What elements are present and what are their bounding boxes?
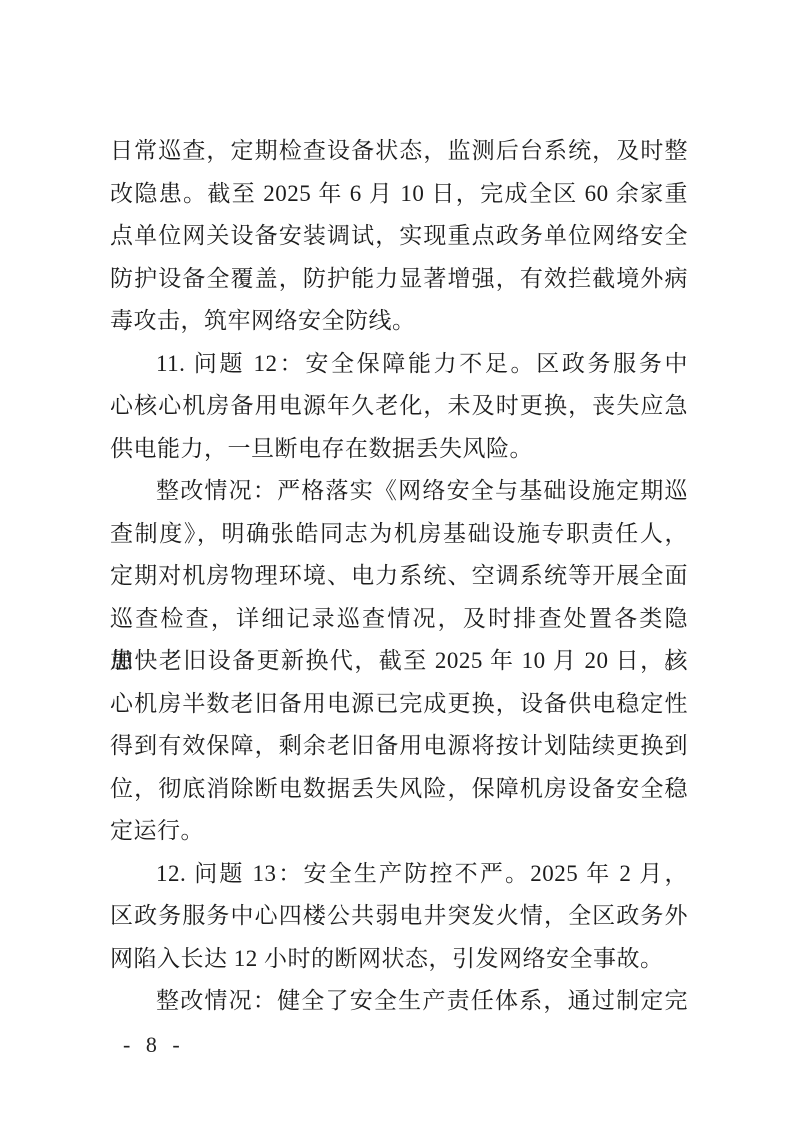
paragraph-problem-13: 12. 问题 13：安全生产防控不严。2025 年 2 月， 区政务服务中心四楼…: [110, 853, 688, 981]
paragraph-problem-12: 11. 问题 12：安全保障能力不足。区政务服务中 心核心机房备用电源年久老化，…: [110, 343, 688, 471]
text-line: 11. 问题 12：安全保障能力不足。区政务服务中: [110, 343, 688, 386]
text-line: 心机房半数老旧备用电源已完成更换，设备供电稳定性: [110, 683, 688, 726]
text-line: 毒攻击，筑牢网络安全防线。: [110, 300, 688, 343]
paragraph-rectification-13: 整改情况：健全了安全生产责任体系，通过制定完: [110, 980, 688, 1023]
document-page: 日常巡查，定期检查设备状态，监测后台系统，及时整 改隐患。截至 2025 年 6…: [0, 0, 793, 1122]
text-line: 定运行。: [110, 810, 688, 853]
paragraph-rectification-12: 整改情况：严格落实《网络安全与基础设施定期巡 查制度》，明确张皓同志为机房基础设…: [110, 470, 688, 853]
text-line: 日常巡查，定期检查设备状态，监测后台系统，及时整: [110, 130, 688, 173]
text-line: 加快老旧设备更新换代，截至 2025 年 10 月 20 日，核: [110, 640, 688, 683]
text-line: 心核心机房备用电源年久老化，未及时更换，丧失应急: [110, 385, 688, 428]
text-line: 位，彻底消除断电数据丢失风险，保障机房设备安全稳: [110, 768, 688, 811]
text-line: 区政务服务中心四楼公共弱电井突发火情，全区政务外: [110, 895, 688, 938]
text-line: 得到有效保障，剩余老旧备用电源将按计划陆续更换到: [110, 725, 688, 768]
text-line: 供电能力，一旦断电存在数据丢失风险。: [110, 428, 688, 471]
text-line: 定期对机房物理环境、电力系统、空调系统等开展全面: [110, 555, 688, 598]
text-line: 整改情况：健全了安全生产责任体系，通过制定完: [110, 980, 688, 1023]
text-line: 12. 问题 13：安全生产防控不严。2025 年 2 月，: [110, 853, 688, 896]
text-line: 防护设备全覆盖，防护能力显著增强，有效拦截境外病: [110, 258, 688, 301]
text-line: 网陷入长达 12 小时的断网状态，引发网络安全事故。: [110, 938, 688, 981]
text-line: 改隐患。截至 2025 年 6 月 10 日，完成全区 60 余家重: [110, 173, 688, 216]
text-line: 点单位网关设备安装调试，实现重点政务单位网络安全: [110, 215, 688, 258]
text-line: 巡查检查，详细记录巡查情况，及时排查处置各类隐患。: [110, 598, 688, 641]
page-number: - 8 -: [123, 1030, 185, 1060]
paragraph-continuation: 日常巡查，定期检查设备状态，监测后台系统，及时整 改隐患。截至 2025 年 6…: [110, 130, 688, 343]
text-line: 整改情况：严格落实《网络安全与基础设施定期巡: [110, 470, 688, 513]
document-body: 日常巡查，定期检查设备状态，监测后台系统，及时整 改隐患。截至 2025 年 6…: [110, 130, 688, 1023]
text-line: 查制度》，明确张皓同志为机房基础设施专职责任人，: [110, 513, 688, 556]
